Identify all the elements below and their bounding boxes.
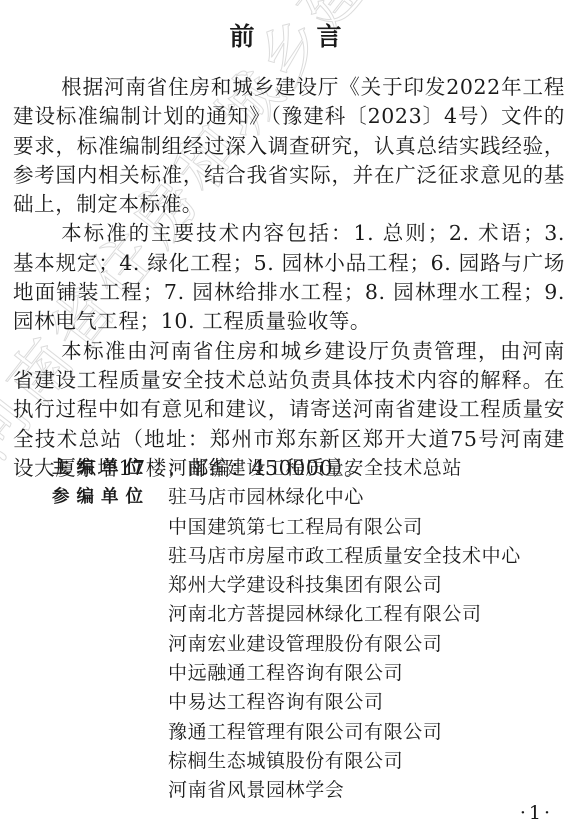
document-page: 河南省住房和城乡建设厅信息公开浏览专用 前言 根据河南省住房和城乡建设厅《关于印… bbox=[0, 0, 571, 827]
chief-editor-row: 主编单位 河南省建设工程质量安全技术总站 bbox=[52, 454, 562, 483]
participating-unit: 中易达工程咨询有限公司 bbox=[168, 688, 562, 717]
participating-unit: 驻马店市园林绿化中心 bbox=[168, 483, 562, 512]
participating-editors-label: 参编单位 bbox=[52, 483, 168, 805]
chief-editor-label: 主编单位 bbox=[52, 454, 168, 483]
participating-unit: 郑州大学建设科技集团有限公司 bbox=[168, 571, 562, 600]
paragraph-contents: 本标准的主要技术内容包括：1. 总则；2. 术语；3. 基本规定；4. 绿化工程… bbox=[13, 219, 565, 336]
participating-unit: 河南省风景园林学会 bbox=[168, 776, 562, 805]
editorial-units: 主编单位 河南省建设工程质量安全技术总站 参编单位 驻马店市园林绿化中心 中国建… bbox=[52, 454, 562, 806]
participating-unit: 中国建筑第七工程局有限公司 bbox=[168, 513, 562, 542]
participating-unit: 驻马店市房屋市政工程质量安全技术中心 bbox=[168, 542, 562, 571]
participating-unit: 中远融通工程咨询有限公司 bbox=[168, 659, 562, 688]
participating-unit: 河南宏业建设管理股份有限公司 bbox=[168, 630, 562, 659]
preface-body: 根据河南省住房和城乡建设厅《关于印发2022年工程建设标准编制计划的通知》（豫建… bbox=[13, 73, 565, 483]
page-title: 前言 bbox=[0, 22, 571, 52]
chief-editor-unit: 河南省建设工程质量安全技术总站 bbox=[168, 454, 562, 483]
chief-editor-list: 河南省建设工程质量安全技术总站 bbox=[168, 454, 562, 483]
participating-editors-list: 驻马店市园林绿化中心 中国建筑第七工程局有限公司 驻马店市房屋市政工程质量安全技… bbox=[168, 483, 562, 805]
participating-unit: 河南北方菩提园林绿化工程有限公司 bbox=[168, 600, 562, 629]
page-number: ·1· bbox=[520, 801, 553, 825]
participating-unit: 豫通工程管理有限公司有限公司 bbox=[168, 718, 562, 747]
paragraph-background: 根据河南省住房和城乡建设厅《关于印发2022年工程建设标准编制计划的通知》（豫建… bbox=[13, 73, 565, 219]
participating-unit: 棕榈生态城镇股份有限公司 bbox=[168, 747, 562, 776]
participating-editors-row: 参编单位 驻马店市园林绿化中心 中国建筑第七工程局有限公司 驻马店市房屋市政工程… bbox=[52, 483, 562, 805]
